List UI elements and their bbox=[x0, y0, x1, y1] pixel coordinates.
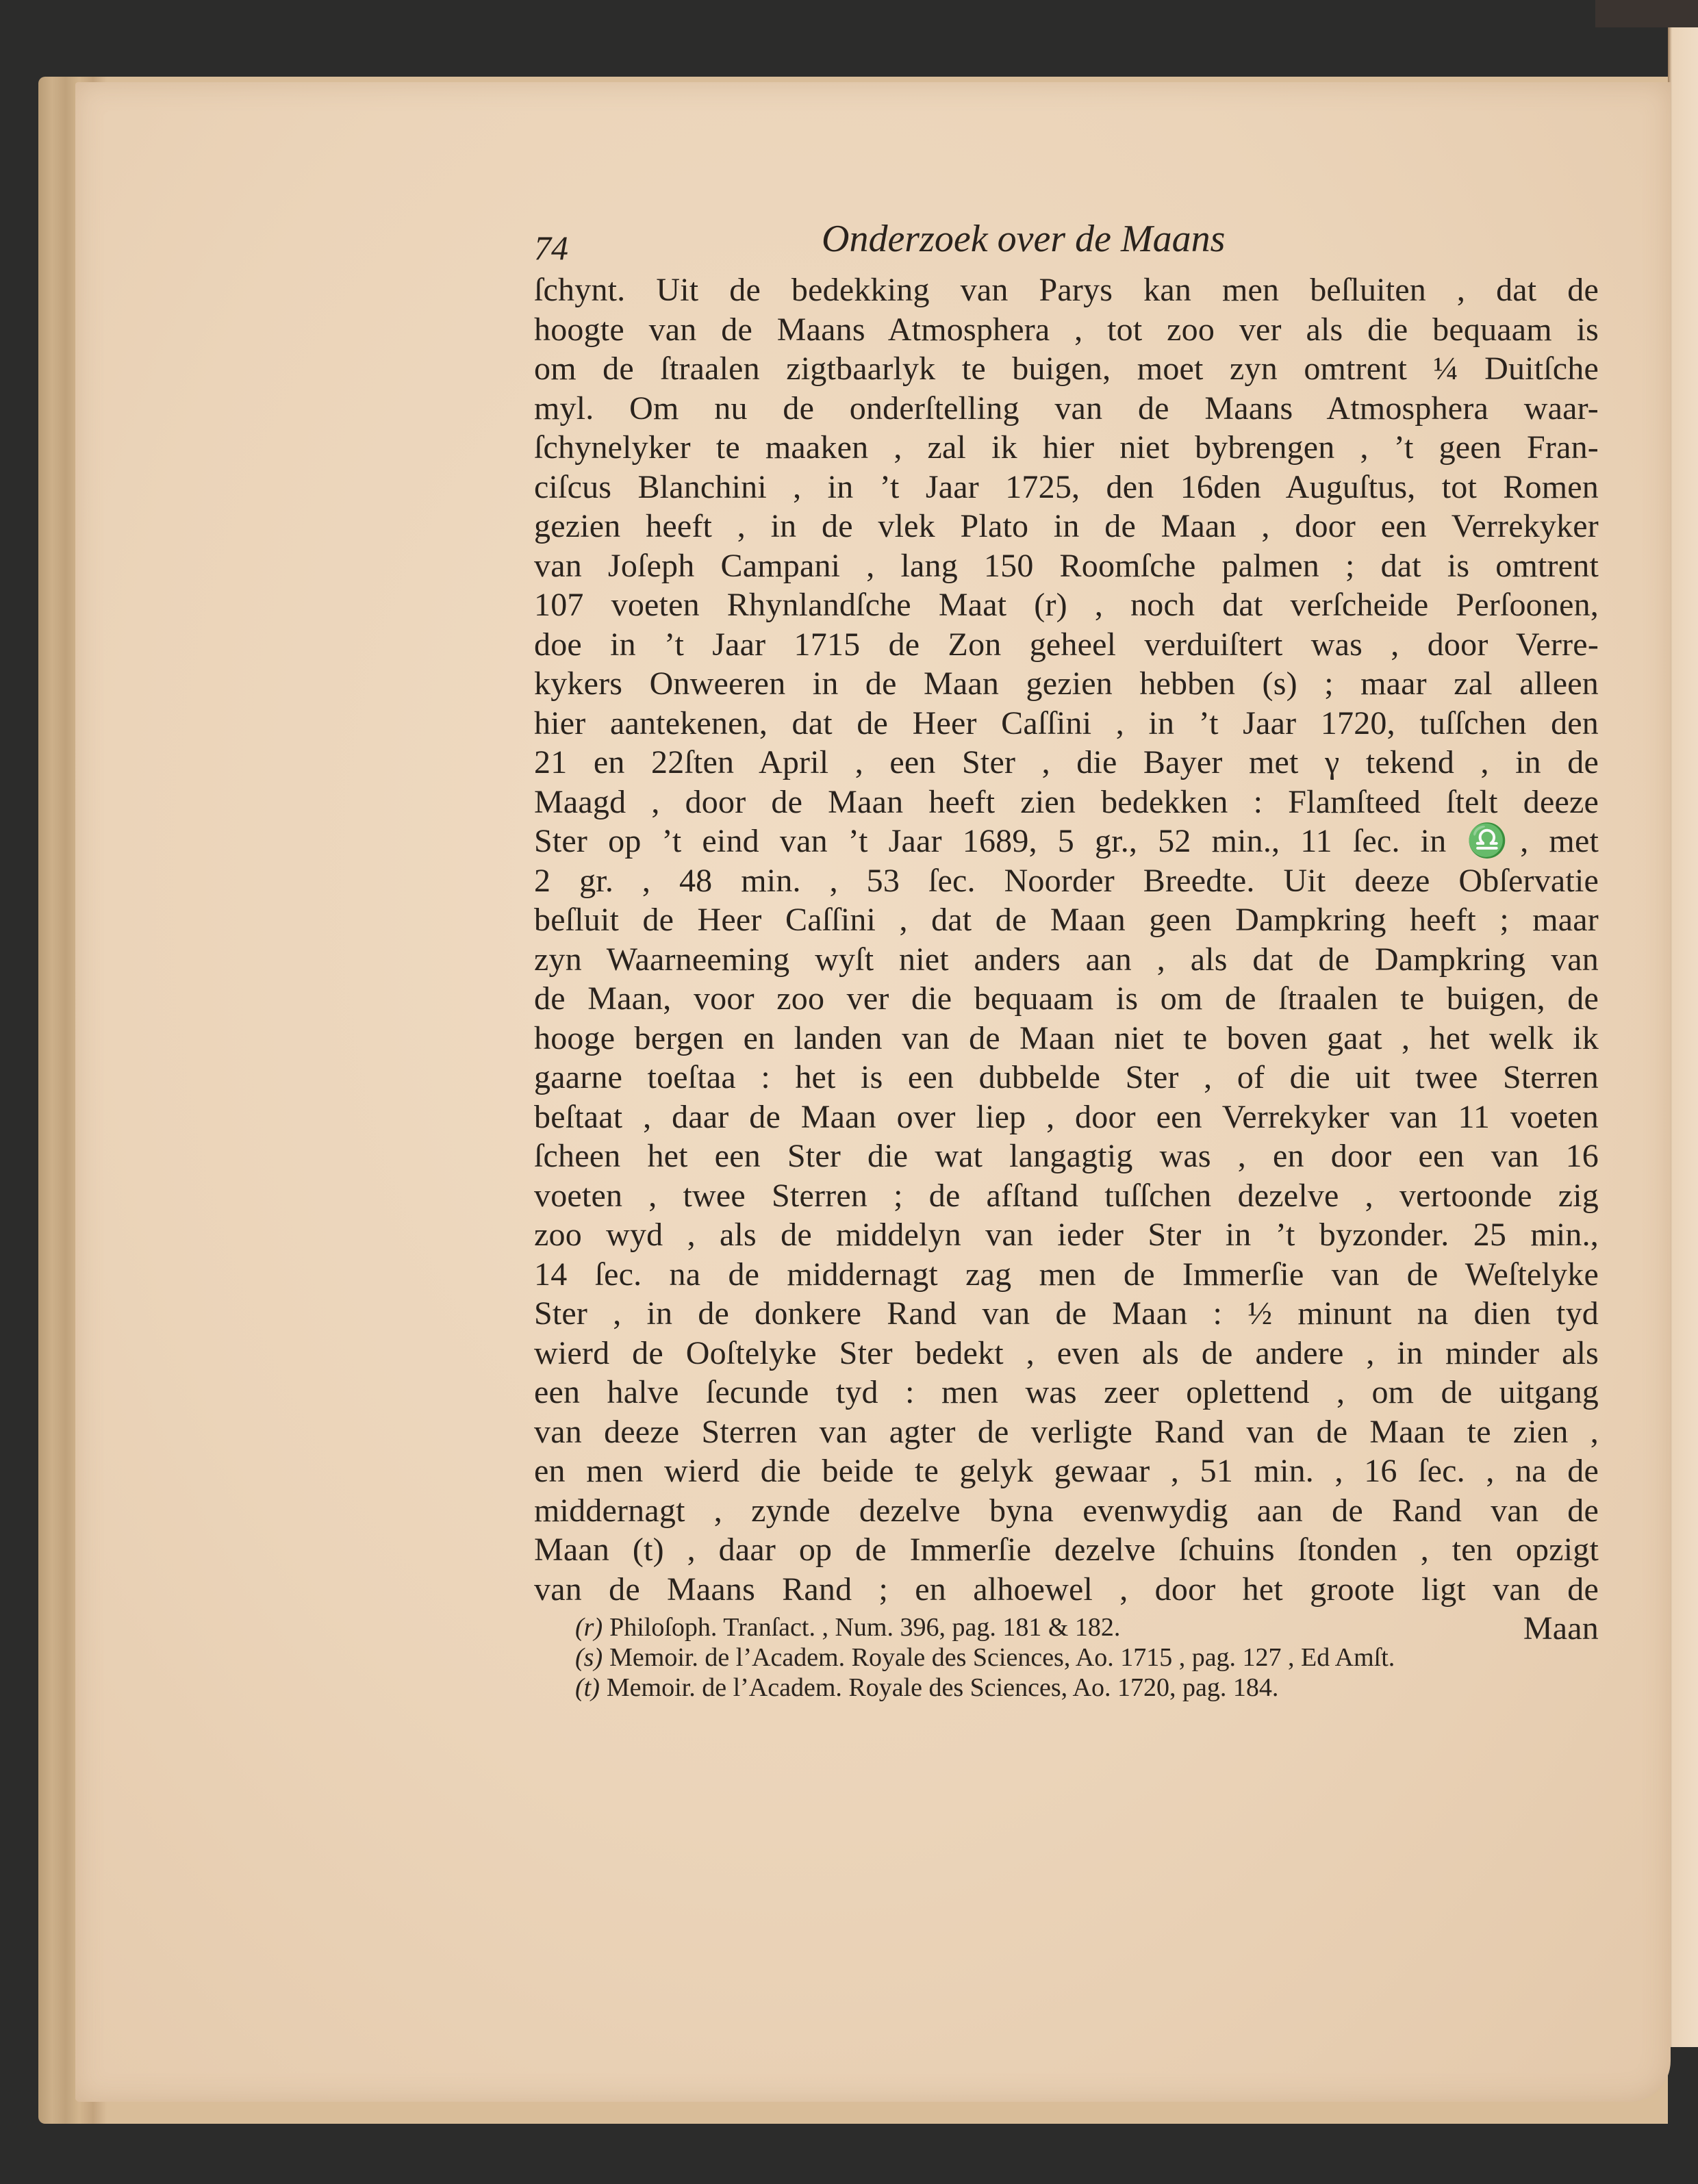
text-line: van Joſeph Campani , lang 150 Roomſche p… bbox=[534, 546, 1599, 586]
text-line: 21 en 22ſten April , een Ster , die Baye… bbox=[534, 743, 1599, 783]
text-line: ciſcus Blanchini , in ’t Jaar 1725, den … bbox=[534, 468, 1599, 507]
text-line: beſtaat , daar de Maan over liep , door … bbox=[534, 1097, 1599, 1137]
footnotes: (r)Philoſoph. Tranſact. , Num. 396, pag.… bbox=[575, 1612, 1568, 1703]
text-line: Ster op ’t eind van ’t Jaar 1689, 5 gr.,… bbox=[534, 822, 1599, 861]
text-line: van deeze Sterren van agter de verligte … bbox=[534, 1412, 1599, 1452]
text-line: zyn Waarneeming wyſt niet anders aan , a… bbox=[534, 940, 1599, 980]
text-line: een halve ſecunde tyd : men was zeer opl… bbox=[534, 1373, 1599, 1412]
text-line: ſchynelyker te maaken , zal ik hier niet… bbox=[534, 428, 1599, 468]
body-text: ſchynt. Uit de bedekking van Parys kan m… bbox=[534, 270, 1599, 1649]
text-line: wierd de Ooſtelyke Ster bedekt , even al… bbox=[534, 1334, 1599, 1373]
text-line: kykers Onweeren in de Maan gezien hebben… bbox=[534, 664, 1599, 704]
text-line: gezien heeft , in de vlek Plato in de Ma… bbox=[534, 507, 1599, 546]
page-number: 74 bbox=[534, 228, 568, 268]
text-line: 2 gr. , 48 min. , 53 ſec. Noorder Breedt… bbox=[534, 861, 1599, 901]
text-line: myl. Om nu de onderſtelling van de Maans… bbox=[534, 389, 1599, 429]
footnote: (t)Memoir. de l’Academ. Royale des Scien… bbox=[575, 1673, 1568, 1703]
text-line: 107 voeten Rhynlandſche Maat (r) , noch … bbox=[534, 585, 1599, 625]
footnote-text: Memoir. de l’Academ. Royale des Sciences… bbox=[607, 1673, 1278, 1702]
text-line: doe in ’t Jaar 1715 de Zon geheel verdui… bbox=[534, 625, 1599, 665]
text-line: Maan (t) , daar op de Immerſie dezelve ſ… bbox=[534, 1530, 1599, 1570]
text-line: hoogte van de Maans Atmosphera , tot zoo… bbox=[534, 310, 1599, 350]
text-line: en men wierd die beide te gelyk gewaar ,… bbox=[534, 1451, 1599, 1491]
footnote-marker: (r) bbox=[575, 1613, 603, 1642]
text-line: van de Maans Rand ; en alhoewel , door h… bbox=[534, 1570, 1599, 1610]
binding-shadow bbox=[1595, 0, 1698, 27]
text-line: hier aantekenen, dat de Heer Caſſini , i… bbox=[534, 704, 1599, 744]
text-block: 74 Onderzoek over de Maans ſchynt. Uit d… bbox=[534, 223, 1599, 1649]
footnote-text: Memoir. de l’Academ. Royale des Sciences… bbox=[609, 1643, 1395, 1672]
text-line: Maagd , door de Maan heeft zien bedekken… bbox=[534, 783, 1599, 822]
text-line: ſchynt. Uit de bedekking van Parys kan m… bbox=[534, 270, 1599, 310]
footnote: (s)Memoir. de l’Academ. Royale des Scien… bbox=[575, 1642, 1568, 1673]
text-line: voeten , twee Sterren ; de afſtand tuſſc… bbox=[534, 1176, 1599, 1216]
text-line: middernagt , zynde dezelve byna evenwydi… bbox=[534, 1491, 1599, 1531]
text-line: de Maan, voor zoo ver die bequaam is om … bbox=[534, 979, 1599, 1019]
footnote-text: Philoſoph. Tranſact. , Num. 396, pag. 18… bbox=[609, 1613, 1120, 1642]
footnote: (r)Philoſoph. Tranſact. , Num. 396, pag.… bbox=[575, 1612, 1568, 1642]
text-line: hooge bergen en landen van de Maan niet … bbox=[534, 1019, 1599, 1058]
text-line: 14 ſec. na de middernagt zag men de Imme… bbox=[534, 1255, 1599, 1295]
footnote-marker: (s) bbox=[575, 1643, 603, 1672]
running-head: 74 Onderzoek over de Maans bbox=[534, 223, 1599, 270]
footnote-marker: (t) bbox=[575, 1673, 600, 1702]
running-title: Onderzoek over de Maans bbox=[822, 217, 1225, 261]
text-line: gaarne toeſtaa : het is een dubbelde Ste… bbox=[534, 1058, 1599, 1097]
text-line: ſcheen het een Ster die wat langagtig wa… bbox=[534, 1137, 1599, 1176]
text-line: beſluit de Heer Caſſini , dat de Maan ge… bbox=[534, 900, 1599, 940]
text-line: Ster , in de donkere Rand van de Maan : … bbox=[534, 1294, 1599, 1334]
text-line: zoo wyd , als de middelyn van ieder Ster… bbox=[534, 1215, 1599, 1255]
facing-page-edge bbox=[1668, 27, 1698, 2047]
text-line: om de ſtraalen zigtbaarlyk te buigen, mo… bbox=[534, 349, 1599, 389]
